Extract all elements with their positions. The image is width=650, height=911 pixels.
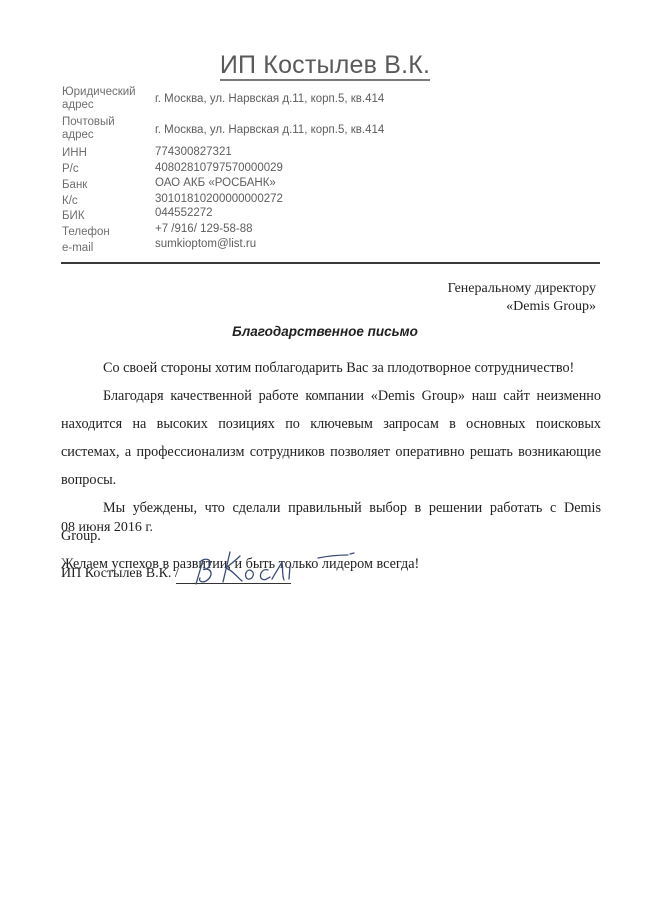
requisite-label: ИНН [62,147,152,160]
company-title-text: ИП Костылев В.К. [220,51,430,81]
requisite-value: +7 /916/ 129-58-88 [155,223,253,236]
letter-page: ИП Костылев В.К. Юридический адрес г. Мо… [0,0,650,911]
signatory-name: ИП Костылев В.К. / [61,566,179,582]
letter-body: Со своей стороны хотим поблагодарить Вас… [61,354,601,578]
requisite-label: Банк [62,179,152,192]
requisite-value: 044552272 [155,207,213,220]
handwritten-signature [190,548,360,593]
addressee-position: Генеральному директору [448,280,596,298]
requisite-label: Телефон [62,226,152,239]
requisite-label: Почтовый адрес [62,116,132,142]
addressee-company: «Demis Group» [448,298,596,316]
requisite-label: Р/с [62,163,152,176]
requisite-value: ОАО АКБ «РОСБАНК» [155,177,276,190]
paragraph: Со своей стороны хотим поблагодарить Вас… [61,354,601,382]
requisite-label: e-mail [62,242,152,255]
requisite-value: 774300827321 [155,146,232,159]
letter-date: 08 июня 2016 г. [61,520,153,536]
requisite-label: К/с [62,195,152,208]
requisite-label: Юридический адрес [62,86,142,112]
requisite-value: sumkioptom@list.ru [155,238,256,251]
paragraph: Благодаря качественной работе компании «… [61,382,601,494]
company-title: ИП Костылев В.К. [0,51,650,80]
requisite-value: г. Москва, ул. Нарвская д.11, корп.5, кв… [155,124,384,137]
requisite-value: 40802810797570000029 [155,162,283,175]
addressee-block: Генеральному директору «Demis Group» [448,280,596,316]
letter-heading: Благодарственное письмо [0,324,650,339]
requisite-label: БИК [62,210,152,223]
header-divider [61,262,600,264]
requisite-value: г. Москва, ул. Нарвская д.11, корп.5, кв… [155,93,384,106]
requisite-value: 30101810200000000272 [155,193,283,206]
